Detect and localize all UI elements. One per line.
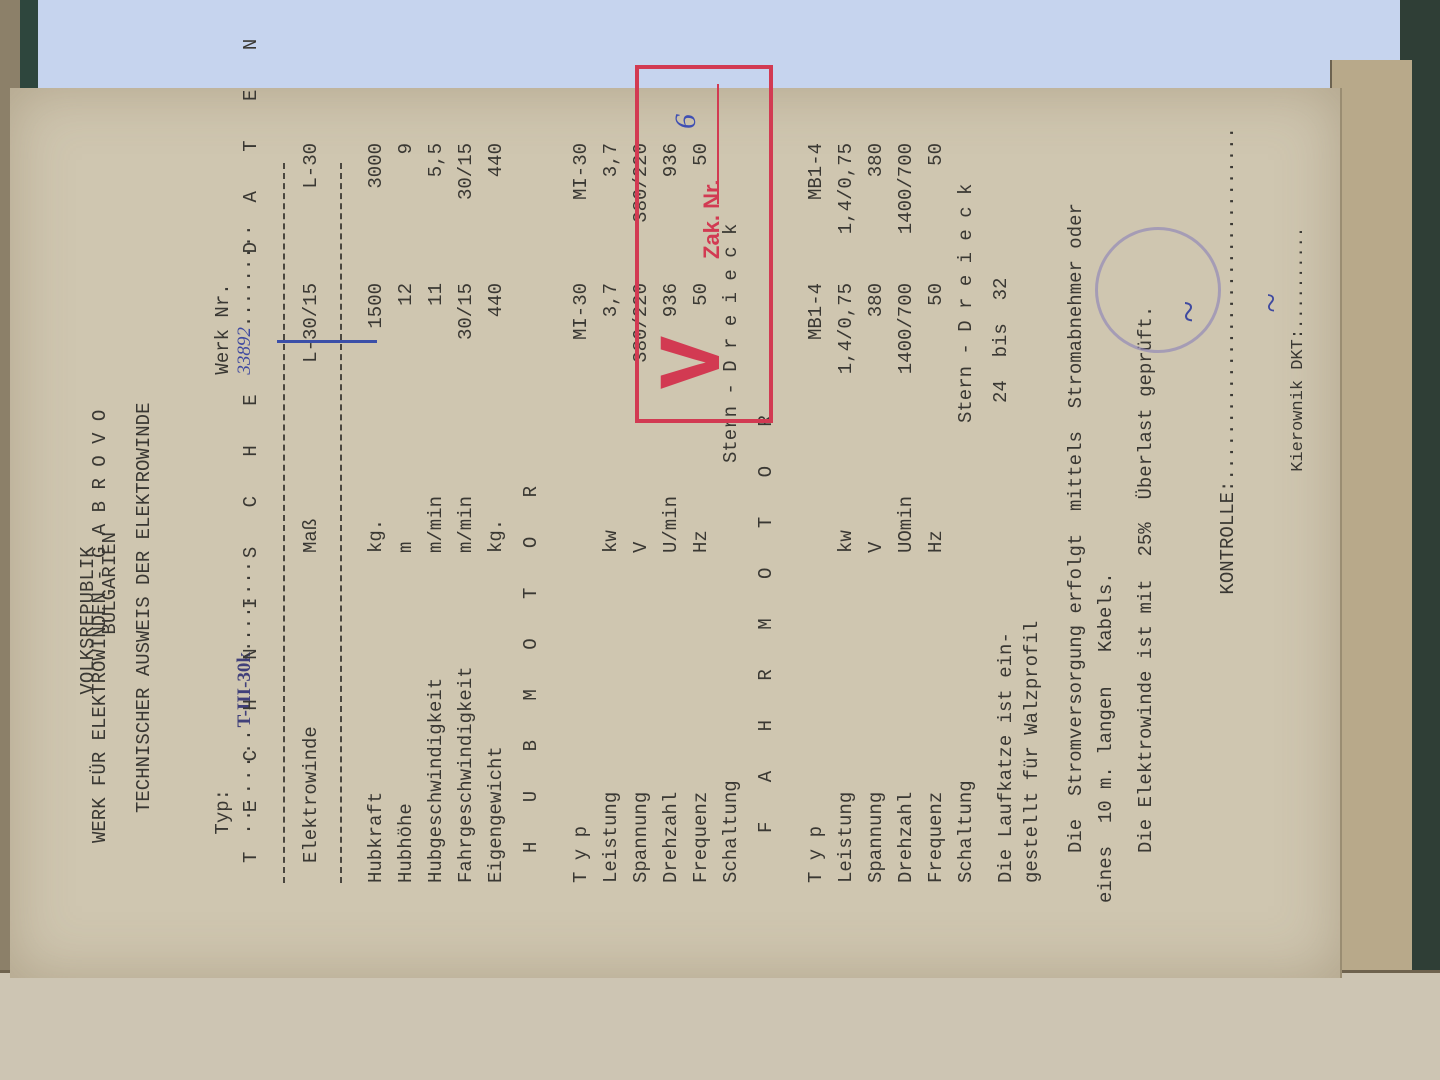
row-value-1: 50 (925, 283, 947, 423)
document-sheet: VOLKSREPUBLIK BULGARIEN WERK FÜR ELEKTRO… (10, 88, 1342, 978)
row-unit: m/min (425, 496, 447, 553)
row-label: Fahrgeschwindigkeit (455, 666, 477, 883)
header-ausweis: TECHNISCHER AUSWEIS DER ELEKTROWINDE (133, 403, 155, 813)
table-row: T y p MI-30 MI-30 (570, 123, 600, 883)
row-value-1: 1500 (365, 283, 387, 423)
signature-kierownik: ~ (1250, 294, 1292, 313)
table-header-rule (340, 163, 342, 883)
table-row: Hubhöhe m 12 9 (395, 123, 425, 883)
row-unit: kg. (365, 519, 387, 553)
row-unit: kw (835, 530, 857, 553)
note-strom-1: Die Stromversorgung erfolgt mittels Stro… (1065, 203, 1087, 853)
row-value-1: MB1-4 (805, 283, 827, 423)
row-label: Schaltung (955, 780, 977, 883)
col-l30: L-30 (300, 143, 322, 283)
kontrolle-label: KONTROLLE: (1217, 481, 1239, 595)
row-value-1: MI-30 (570, 283, 592, 423)
werk-nr-label: Werk Nr. (212, 283, 234, 374)
note-laufkatze-2: gestellt für Walzprofil (1021, 621, 1043, 883)
table-row: Spannung V 380 380 (865, 123, 895, 883)
header-werk: WERK FÜR ELEKTROWINDEN - G A B R O V O (89, 410, 111, 843)
row-label: T y p (805, 826, 827, 883)
row-value-2: 5,5 (425, 143, 447, 283)
row-label: Hubkraft (365, 792, 387, 883)
row-value-2: 3,7 (600, 143, 622, 283)
red-stamp: V Zak. Nr. 6 (635, 65, 773, 423)
row-value-2: MB1-4 (805, 143, 827, 283)
table-row: Hubkraft kg. 1500 3000 (365, 123, 395, 883)
table-row: Leistung kw 1,4/0,75 1,4/0,75 (835, 123, 865, 883)
row-value-2: 1400/700 (895, 143, 917, 283)
row-value-2: MI-30 (570, 143, 592, 283)
row-label: Leistung (835, 792, 857, 883)
table-header-row: Elektrowinde Maß L-30/15 L-30 (300, 123, 330, 883)
row-unit: Hz (925, 530, 947, 553)
row-label: Drehzahl (660, 792, 682, 883)
stamp-label: Zak. Nr. (699, 180, 725, 259)
row-value-schaltung: Stern - D r e i e c k (955, 184, 977, 423)
row-value-2: 9 (395, 143, 417, 283)
page-stack (1330, 60, 1412, 1000)
row-label: Frequenz (925, 792, 947, 883)
row-unit: m/min (455, 496, 477, 553)
row-label: Eigengewicht (485, 746, 507, 883)
row-label: Spannung (630, 792, 652, 883)
row-unit: UOmin (895, 496, 917, 553)
row-label: Hubgeschwindigkeit (425, 678, 447, 883)
table-row: Fahrgeschwindigkeit m/min 30/15 30/15 (455, 123, 485, 883)
row-unit: U/min (660, 496, 682, 553)
pen-column-mark (277, 340, 377, 343)
row-unit: V (630, 542, 652, 553)
stamp-number: 6 (669, 114, 703, 129)
row-unit: Hz (690, 530, 712, 553)
note-ueberlast: Die Elektrowinde ist mit 25% Überlast ge… (1135, 306, 1157, 853)
row-value-2: 3000 (365, 143, 387, 283)
row-value-1: 30/15 (455, 283, 477, 423)
row-value-1: 1400/700 (895, 283, 917, 423)
row-value-2: 1,4/0,75 (835, 143, 857, 283)
note-laufkatze-range: 24 bis 32 (990, 278, 1012, 403)
col-mass: Maß (300, 519, 322, 553)
row-value-1: 440 (485, 283, 507, 423)
row-label: Leistung (600, 792, 622, 883)
row-value-1: 380 (865, 283, 887, 423)
table-row: T y p MB1-4 MB1-4 (805, 123, 835, 883)
row-value-2: 440 (485, 143, 507, 283)
table-row: Frequenz Hz 50 50 (925, 123, 955, 883)
row-unit: kw (600, 530, 622, 553)
typ-field: Typ: ........T-III-30k........ (190, 561, 278, 903)
row-unit: kg. (485, 519, 507, 553)
fahrmotor-title: F A H R M O T O R (755, 401, 777, 833)
note-strom-2: eines 10 m. langen Kabels. (1095, 572, 1117, 903)
row-value-1: 1,4/0,75 (835, 283, 857, 423)
kontrolle-field: KONTROLLE:..............................… (1195, 127, 1261, 663)
table-row: Eigengewicht kg. 440 440 (485, 123, 515, 883)
table-row: Drehzahl UOmin 1400/700 1400/700 (895, 123, 925, 883)
row-value-2: 380 (865, 143, 887, 283)
table-row: Hubgeschwindigkeit m/min 11 5,5 (425, 123, 455, 883)
table-row: Leistung kw 3,7 3,7 (600, 123, 630, 883)
stamp-underline (717, 84, 719, 204)
row-unit: V (865, 542, 887, 553)
row-label: Spannung (865, 792, 887, 883)
row-value-1: 3,7 (600, 283, 622, 423)
row-unit: m (395, 542, 417, 553)
row-label: Frequenz (690, 792, 712, 883)
note-laufkatze-1: Die Laufkatze ist ein- (995, 632, 1017, 883)
row-label: T y p (570, 826, 592, 883)
row-value-1: 11 (425, 283, 447, 423)
rotated-page-content: VOLKSREPUBLIK BULGARIEN WERK FÜR ELEKTRO… (15, 103, 1335, 963)
row-value-1: 12 (395, 283, 417, 423)
hubmotor-title: H U B M O T O R (520, 472, 542, 853)
facing-page (0, 970, 1440, 1080)
signature-kontrolle: ~ (1165, 301, 1212, 323)
row-label: Schaltung (720, 780, 742, 883)
werk-nr-field: Werk Nr. 33892......... (190, 224, 278, 443)
stamp-triangle-icon: V (653, 336, 741, 389)
kierownik-label: Kierownik DKT: (1289, 329, 1308, 472)
row-label: Hubhöhe (395, 803, 417, 883)
section-title: T E C H N I S C H E D A T E N (240, 25, 262, 863)
row-value-2: 50 (925, 143, 947, 283)
col-l30-15: L-30/15 (300, 283, 322, 423)
round-seal-icon (1095, 227, 1221, 353)
row-value-2: 30/15 (455, 143, 477, 283)
row-label: Drehzahl (895, 792, 917, 883)
col-elektrowinde: Elektrowinde (300, 726, 322, 863)
typ-label: Typ: (212, 789, 234, 835)
table-top-rule (283, 163, 285, 883)
table-row: Schaltung Stern - D r e i e c k (955, 123, 985, 883)
kierownik-field: Kierownik DKT:.......... (1270, 227, 1327, 533)
